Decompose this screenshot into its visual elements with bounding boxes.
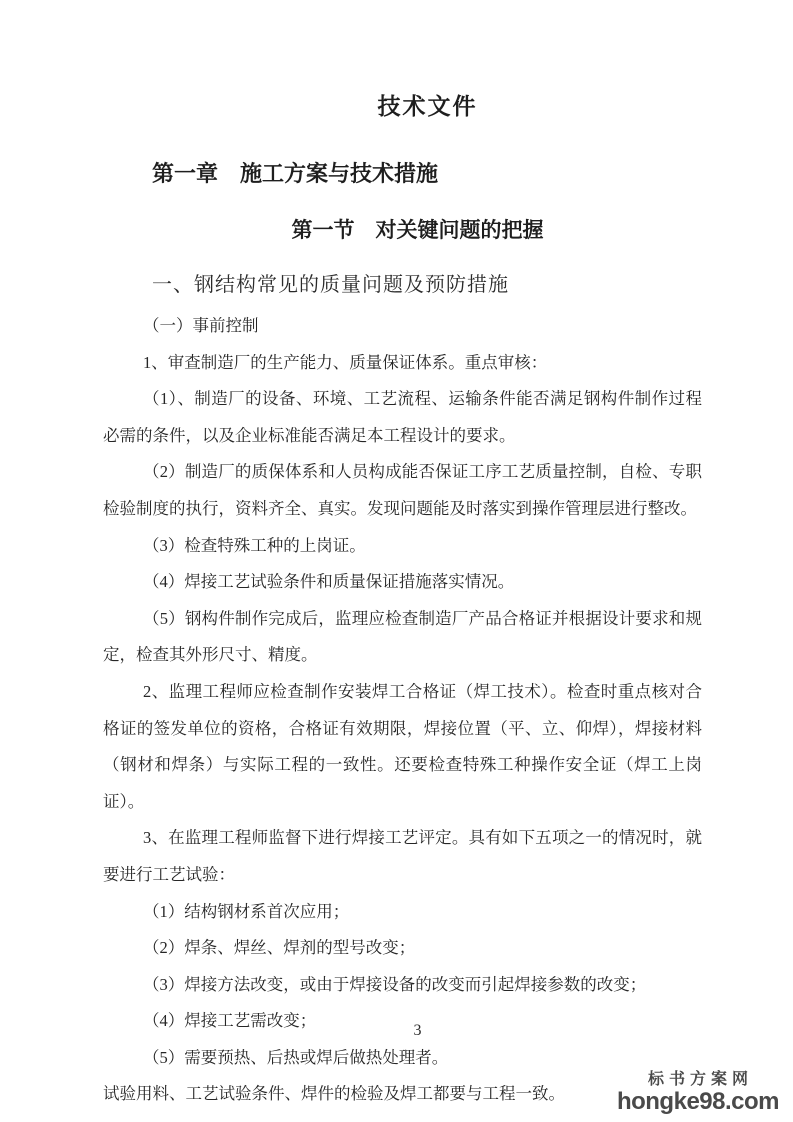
- paragraph: 试验用料、工艺试验条件、焊件的检验及焊工都要与工程一致。: [103, 1076, 702, 1113]
- paragraph: 3、在监理工程师监督下进行焊接工艺评定。具有如下五项之一的情况时，就要进行工艺试…: [103, 820, 702, 893]
- paragraph: （1）、制造厂的设备、环境、工艺流程、运输条件能否满足钢构件制作过程必需的条件，…: [103, 381, 702, 454]
- watermark-site-name: 标书方案网: [617, 1072, 779, 1089]
- document-title: 技术文件: [0, 0, 793, 121]
- paragraph: （2）焊条、焊丝、焊剂的型号改变；: [103, 930, 702, 967]
- paragraph: （3）焊接方法改变，或由于焊接设备的改变而引起焊接参数的改变；: [103, 967, 702, 1004]
- list-heading: 一、钢结构常见的质量问题及预防措施: [152, 268, 793, 297]
- watermark-site-url: hongke98.com: [617, 1089, 779, 1114]
- paragraph: （3）检查特殊工种的上岗证。: [103, 528, 702, 565]
- section-heading: 第一节 对关键问题的把握: [0, 214, 793, 244]
- watermark: 标书方案网 hongke98.com: [617, 1072, 779, 1114]
- chapter-heading: 第一章 施工方案与技术措施: [152, 157, 793, 188]
- paragraph: （2）制造厂的质保体系和人员构成能否保证工序工艺质量控制，自检、专职检验制度的执…: [103, 454, 702, 527]
- paragraph: （1）结构钢材系首次应用；: [103, 894, 702, 931]
- paragraph: （一）事前控制: [103, 308, 702, 345]
- paragraph: （5）需要预热、后热或焊后做热处理者。: [103, 1040, 702, 1077]
- body-text: （一）事前控制 1、审查制造厂的生产能力、质量保证体系。重点审核： （1）、制造…: [103, 308, 702, 1113]
- page-number: 3: [0, 1022, 793, 1040]
- paragraph: 2、监理工程师应检查制作安装焊工合格证（焊工技术）。检查时重点核对合格证的签发单…: [103, 674, 702, 820]
- paragraph: 1、审查制造厂的生产能力、质量保证体系。重点审核：: [103, 345, 702, 382]
- document-page: 技术文件 第一章 施工方案与技术措施 第一节 对关键问题的把握 一、钢结构常见的…: [0, 0, 793, 1122]
- paragraph: （4）焊接工艺试验条件和质量保证措施落实情况。: [103, 564, 702, 601]
- paragraph: （5）钢构件制作完成后，监理应检查制造厂产品合格证并根据设计要求和规定，检查其外…: [103, 601, 702, 674]
